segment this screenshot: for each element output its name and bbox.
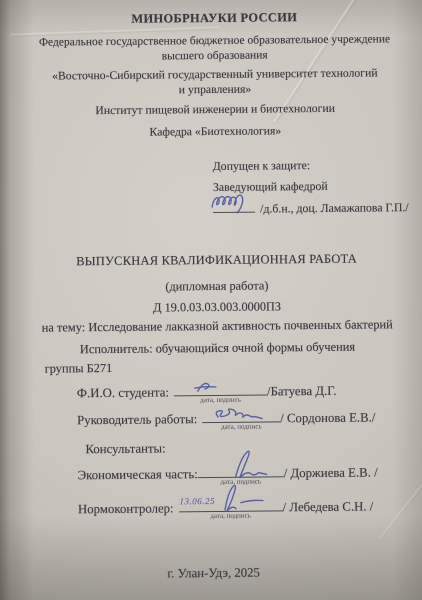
economic-signature-blank: дата, подпись xyxy=(198,463,284,478)
student-signature-row: Ф.И.О. студента: дата, подпись /Батуева … xyxy=(77,380,411,401)
supervisor-signature-blank: дата, подпись xyxy=(202,408,280,423)
economic-signature-row: Экономическая часть: дата, подпись / Дор… xyxy=(78,462,412,483)
student-label: Ф.И.О. студента: xyxy=(77,384,169,401)
handwritten-date: 13.06.25 xyxy=(179,493,215,509)
ministry-line: МИНОБРНАУКИ РОССИИ xyxy=(21,8,407,28)
normcontrol-signature-row: Нормоконтролер: 13.06.25 дата, подпись /… xyxy=(78,496,412,517)
date-signature-caption: дата, подпись xyxy=(200,396,241,404)
signature-rows: Ф.И.О. студента: дата, подпись /Батуева … xyxy=(77,380,412,517)
date-signature-caption: дата, подпись xyxy=(220,478,261,486)
city-year-line: г. Улан-Удэ, 2025 xyxy=(3,563,422,583)
university-name: «Восточно-Сибирский государственный унив… xyxy=(50,65,380,98)
consultants-heading: Консультанты: xyxy=(85,439,411,457)
student-signature-ink xyxy=(192,379,232,395)
student-signature-blank: дата, подпись xyxy=(174,381,267,396)
normcontrol-signature-ink xyxy=(216,482,282,515)
group-line: группы Б271 xyxy=(45,358,411,376)
institution-line: Федеральное государственное бюджетное об… xyxy=(31,32,397,66)
title-page: МИНОБРНАУКИ РОССИИ Федеральное государст… xyxy=(0,0,422,600)
work-kind: (дипломная работа) xyxy=(24,277,410,295)
head-signature-line: /д.б.н., доц. Ламажапова Г.П./ xyxy=(213,197,409,217)
date-signature-caption: дата, подпись xyxy=(221,423,262,431)
photographed-title-page: { "doc": { "header": { "ministry": "МИНО… xyxy=(0,0,422,600)
department-name: Кафедра «Биотехнология» xyxy=(22,123,408,141)
admitted-label: Допущен к защите: xyxy=(213,157,409,174)
supervisor-name: / Сордонова Е.В./ xyxy=(280,409,375,426)
supervisor-signature-row: Руководитель работы: дата, подпись / Сор… xyxy=(77,407,411,428)
head-name: /д.б.н., доц. Ламажапова Г.П./ xyxy=(260,200,409,216)
head-signature-blank xyxy=(213,199,255,213)
approval-block: Допущен к защите: Заведующий кафедрой /д… xyxy=(213,157,410,217)
economic-label: Экономическая часть: xyxy=(78,466,198,483)
student-name: /Батуева Д.Г. xyxy=(267,383,337,400)
executor-line: Исполнитель: обучающийся очной формы обу… xyxy=(24,339,410,357)
head-position: Заведующий кафедрой xyxy=(213,178,409,195)
document-code: Д 19.0.03.03.003.0000ПЗ xyxy=(24,298,410,316)
work-type-title: ВЫПУСКНАЯ КВАЛИФИКАЦИОННАЯ РАБОТА xyxy=(24,250,410,270)
topic-line: на тему: Исследование лакказной активнос… xyxy=(24,317,410,335)
economic-name: / Доржиева Е.В. / xyxy=(284,464,378,481)
normcontrol-name: / Лебедева С.Н. / xyxy=(282,498,373,515)
supervisor-label: Руководитель работы: xyxy=(77,411,197,428)
institute-name: Институт пищевой инженерии и биотехнолог… xyxy=(22,101,408,119)
normcontrol-label: Нормоконтролер: xyxy=(78,500,174,517)
date-signature-caption: дата, подпись xyxy=(210,512,251,520)
normcontrol-signature-blank: 13.06.25 дата, подпись xyxy=(178,497,282,512)
